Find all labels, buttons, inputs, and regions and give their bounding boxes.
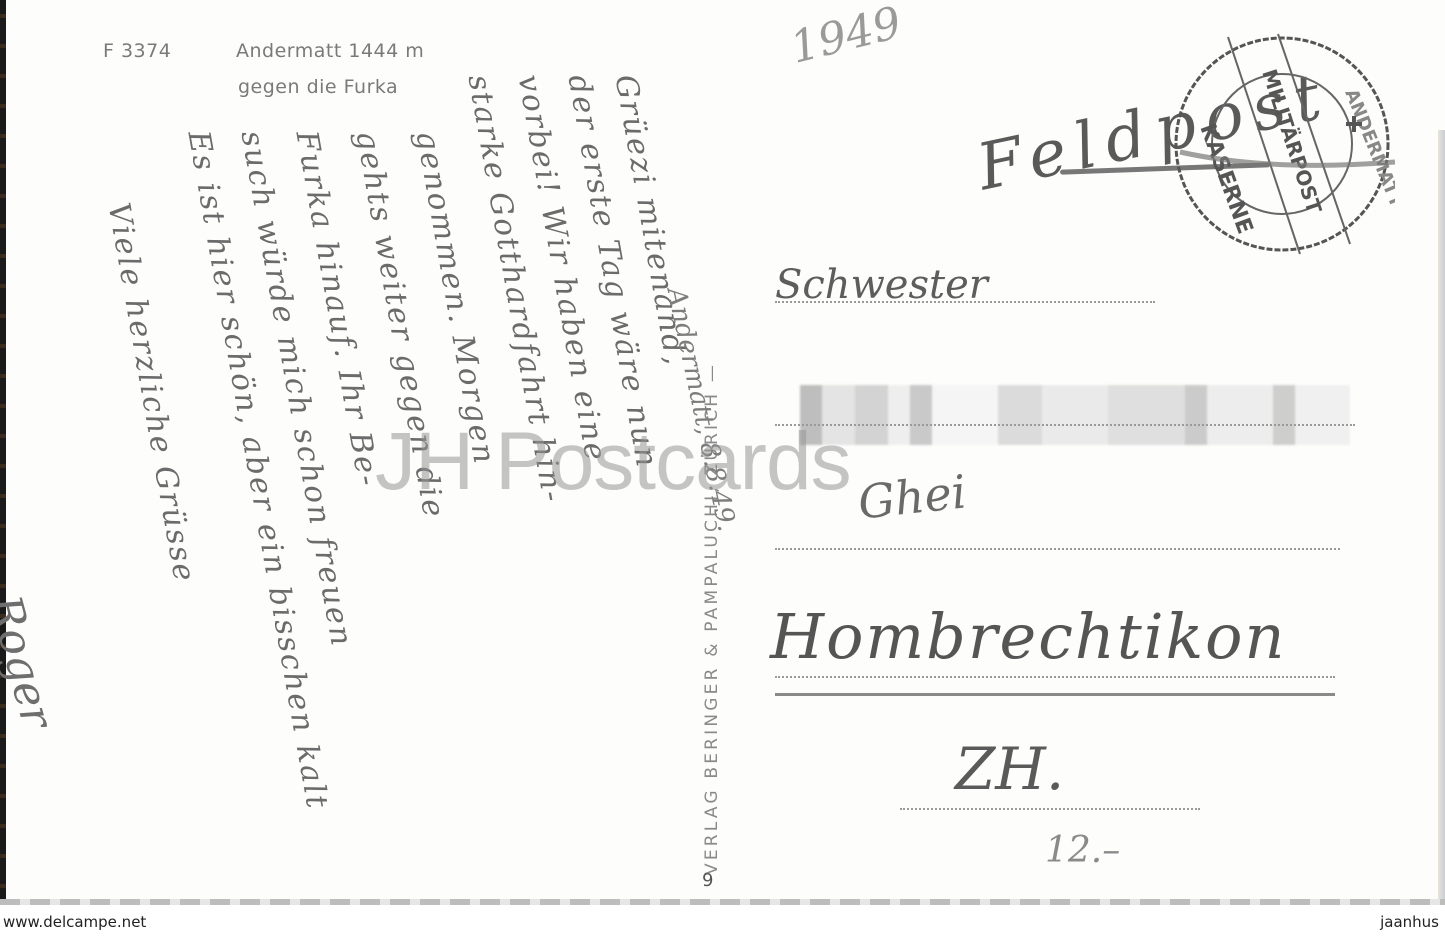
footer-bar: www.delcampe.net jaanhus [0,905,1445,937]
redacted-name [800,385,1350,445]
catalog-code: F 3374 [103,40,171,62]
signature: Roger [0,590,63,733]
uploader-label: jaanhus [1380,913,1439,931]
postcard-back: F 3374 Andermatt 1444 m gegen die Furka … [0,0,1445,905]
address-line-5: ZH. [955,735,1064,803]
caption-subtitle: gegen die Furka [238,76,398,98]
address-rule [775,301,1155,303]
svg-text:MILITÄRPOST: MILITÄRPOST [1257,66,1326,217]
address-line-3: Ghei [855,464,968,529]
publisher-logo-icon: 9 [702,870,713,891]
caption-title: Andermatt 1444 m [236,40,424,62]
source-site-label: www.delcampe.net [3,913,146,931]
watermark: JH Postcards [375,415,851,509]
address-underline [775,693,1335,696]
address-rule [775,676,1335,678]
address-rule [775,424,1355,426]
message-line: Viele herzliche Grüsse [101,200,202,586]
year-note: 1949 [785,0,906,74]
card-edge-left [0,0,6,905]
address-line-6: 12.– [1045,830,1120,871]
address-rule [775,548,1340,550]
address-rule [900,808,1200,810]
postmark-stamp-icon: KASERNE MILITÄRPOST ANDERMATT [1170,32,1395,257]
card-edge-right [1438,130,1445,905]
svg-text:KASERNE: KASERNE [1194,121,1257,238]
address-line-4: Hombrechtikon [770,600,1286,673]
